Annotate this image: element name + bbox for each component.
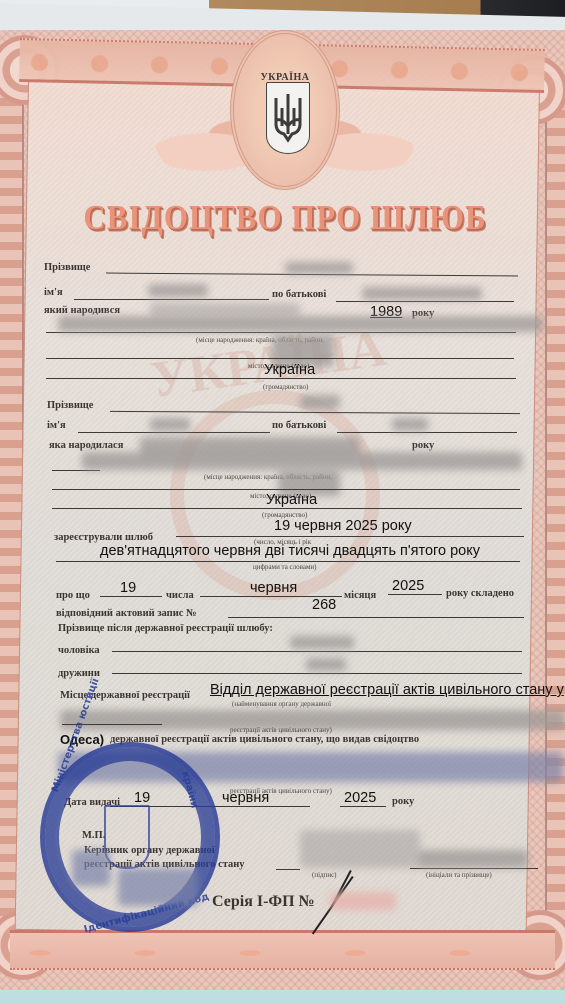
wife-after-line [112,673,522,674]
husband-after-line [112,651,522,652]
day-line [100,596,162,597]
signature-redacted [300,830,420,868]
wife-name-redacted [150,418,190,431]
husband-patronymic-redacted [362,287,482,300]
stamp-code-redacted [72,850,110,886]
record-number: 268 [312,597,336,613]
wife-year-label: року [412,440,434,451]
husband-after-label: чоловіка [58,645,100,656]
record-label: відповідний актовий запис № [56,608,197,619]
husband-birthplace-redacted [58,316,543,332]
signature-line [276,869,300,870]
wife-patronymic-line [337,432,517,433]
registration-words-caption: цифрами та словами) [253,563,317,571]
husband-surname-redacted [285,262,353,274]
initials-line [410,868,538,869]
issuer-label: державної реєстрації актів цивільного ст… [110,734,419,745]
year-line [388,594,442,595]
issue-month: червня [222,790,269,806]
issue-year: 2025 [344,790,376,806]
husband-surname-label: Прізвище [44,262,90,273]
husband-citizenship-line [46,378,516,379]
initials-caption: (ініціали та прізвище) [426,871,492,879]
wife-surname-label: Прізвище [47,400,93,411]
initials-redacted [418,850,528,868]
place-value: Відділ державної реєстрації актів цивіль… [210,682,564,698]
wife-birthplace-redacted [82,452,522,470]
husband-citizenship-caption: (громадянство) [263,383,308,391]
about-label: про що [56,590,90,601]
wife-born-label: яка народилася [49,440,123,451]
registered-label: зареєстрували шлюб [54,532,153,543]
registration-date-words: дев'ятнадцятого червня дві тисячі двадця… [100,543,480,559]
stamp-trident-icon [104,805,150,869]
wife-surname-redacted [300,395,340,409]
husband-after-redacted [290,636,354,649]
place-label: Місце державної реєстрації [60,690,190,701]
registration-date-numeric: 19 червня 2025 року [274,518,412,534]
day-label: числа [166,590,194,601]
wife-citizenship: Україна [266,492,317,508]
registration-day: 19 [120,580,136,596]
state-crest: УКРАЇНА [155,30,415,195]
husband-born-label: який народився [44,305,120,316]
wife-patronymic-redacted [392,418,428,431]
husband-patronymic-label: по батькові [272,289,326,300]
registration-words-line [56,561,520,562]
husband-birthplace-line [46,332,516,333]
husband-name-redacted [148,284,208,297]
wife-name-label: ім'я [47,420,66,431]
series-number-redacted [330,892,396,910]
husband-citizenship: Україна [264,362,315,378]
wife-city-line [52,489,520,490]
series-number-label: Серія І-ФП № [212,893,315,911]
issue-year-line [340,806,386,807]
registration-year: 2025 [392,578,424,594]
composed-label: року складено [446,588,514,599]
surnames-after-heading: Прізвище після державної реєстрації шлюб… [58,623,273,634]
record-line [228,617,524,618]
document-title: СВІДОЦТВО ПРО ШЛЮБ [0,198,565,238]
wife-birthplace-line [52,470,100,471]
wife-name-line [78,432,270,433]
wife-citizenship-line [52,508,522,509]
wife-patronymic-label: по батькові [272,420,326,431]
place-caption-1: (найменування органу державної [232,700,331,708]
stamp-code-redacted [118,868,198,906]
signature-caption: (підпис) [312,871,337,879]
place-caption-2: реєстрації актів цивільного стану) [230,726,332,734]
issue-year-label: року [392,796,414,807]
registration-date-line [176,536,524,537]
husband-city-line [46,358,514,359]
month-label: місяця [344,590,376,601]
wife-after-redacted [306,658,346,671]
husband-birthdate-redacted [150,303,300,317]
husband-name-label: ім'я [44,287,63,298]
registration-month: червня [250,580,297,596]
frame-bottom-band [10,930,555,970]
trident-coat-of-arms-icon [266,82,310,154]
husband-name-line [74,299,269,300]
husband-patronymic-line [336,301,514,302]
